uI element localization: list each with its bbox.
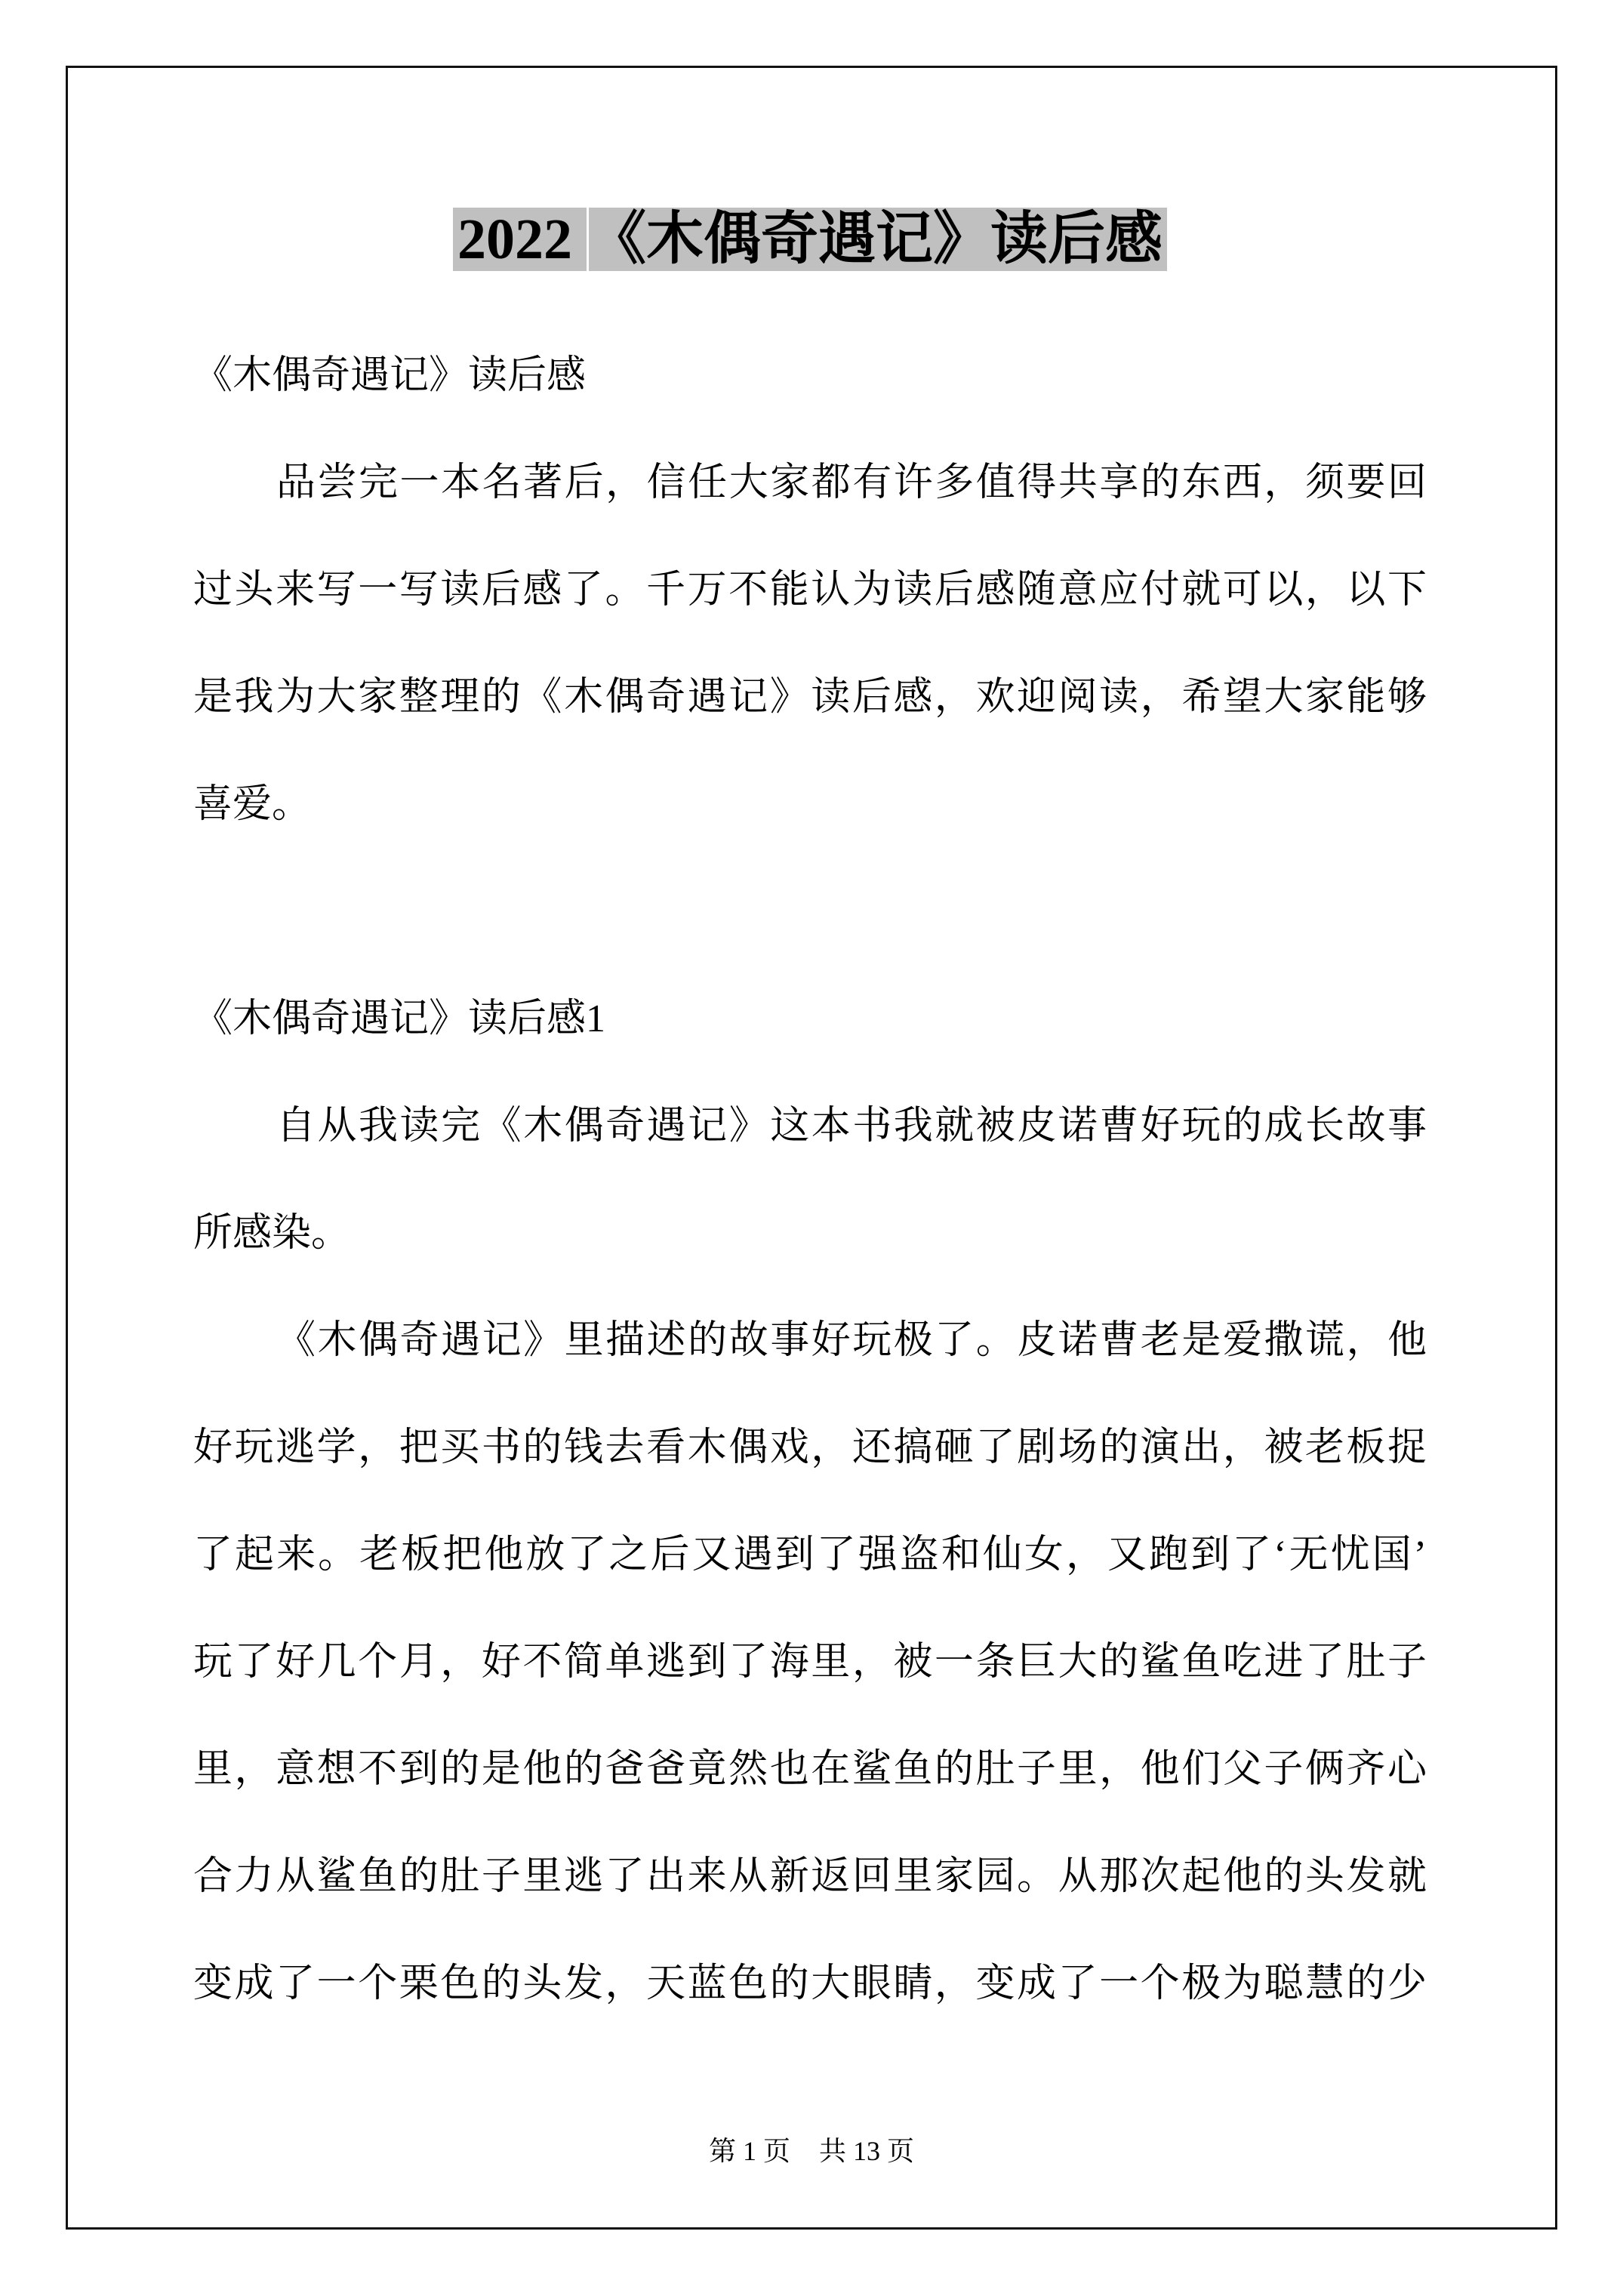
paragraph-line: 自从我读完《木偶奇遇记》这本书我就被皮诺曹好玩的成长故事	[193, 1073, 1427, 1180]
section-heading: 《木偶奇遇记》读后感1	[193, 966, 1427, 1073]
paragraph-line: 里，意想不到的是他的爸爸竟然也在鲨鱼的肚子里，他们父子俩齐心	[193, 1716, 1427, 1823]
paragraph-line: 合力从鲨鱼的肚子里逃了出来从新返回里家园。从那次起他的头发就	[193, 1823, 1427, 1931]
paragraph-line: 变成了一个栗色的头发，天蓝色的大眼睛，变成了一个极为聪慧的少	[193, 1931, 1427, 2038]
subtitle-line: 《木偶奇遇记》读后感	[193, 322, 1427, 430]
paragraph-line: 是我为大家整理的《木偶奇遇记》读后感，欢迎阅读，希望大家能够	[193, 644, 1427, 751]
paragraph-line: 了起来。老板把他放了之后又遇到了强盗和仙女，又跑到了‘无忧国’	[193, 1502, 1427, 1609]
paragraph-line: 好玩逃学，把买书的钱去看木偶戏，还搞砸了剧场的演出，被老板捉	[193, 1395, 1427, 1502]
paragraph-line: 喜爱。	[193, 751, 1427, 858]
title-main-highlight: 《木偶奇遇记》读后感	[589, 208, 1167, 271]
blank-line	[193, 858, 1427, 966]
document-page: 2022 《木偶奇遇记》读后感 《木偶奇遇记》读后感 品尝完一本名著后，信任大家…	[0, 0, 1623, 2296]
paragraph-line: 过头来写一写读后感了。千万不能认为读后感随意应付就可以，以下	[193, 537, 1427, 644]
paragraph-line: 玩了好几个月，好不简单逃到了海里，被一条巨大的鲨鱼吃进了肚子	[193, 1609, 1427, 1716]
paragraph-line: 所感染。	[193, 1180, 1427, 1287]
page-number-label: 第 1 页	[709, 2136, 790, 2166]
document-title: 2022 《木偶奇遇记》读后感	[193, 201, 1427, 278]
document-body: 2022 《木偶奇遇记》读后感 《木偶奇遇记》读后感 品尝完一本名著后，信任大家…	[193, 0, 1427, 2038]
title-year-highlight: 2022	[453, 208, 587, 271]
page-footer: 第 1 页共 13 页	[0, 2132, 1623, 2170]
paragraph-line: 品尝完一本名著后，信任大家都有许多值得共享的东西，须要回	[193, 430, 1427, 537]
total-pages-label: 共 13 页	[819, 2136, 914, 2166]
title-spacer	[193, 278, 1427, 322]
paragraph-line: 《木偶奇遇记》里描述的故事好玩极了。皮诺曹老是爱撒谎，他	[193, 1287, 1427, 1395]
